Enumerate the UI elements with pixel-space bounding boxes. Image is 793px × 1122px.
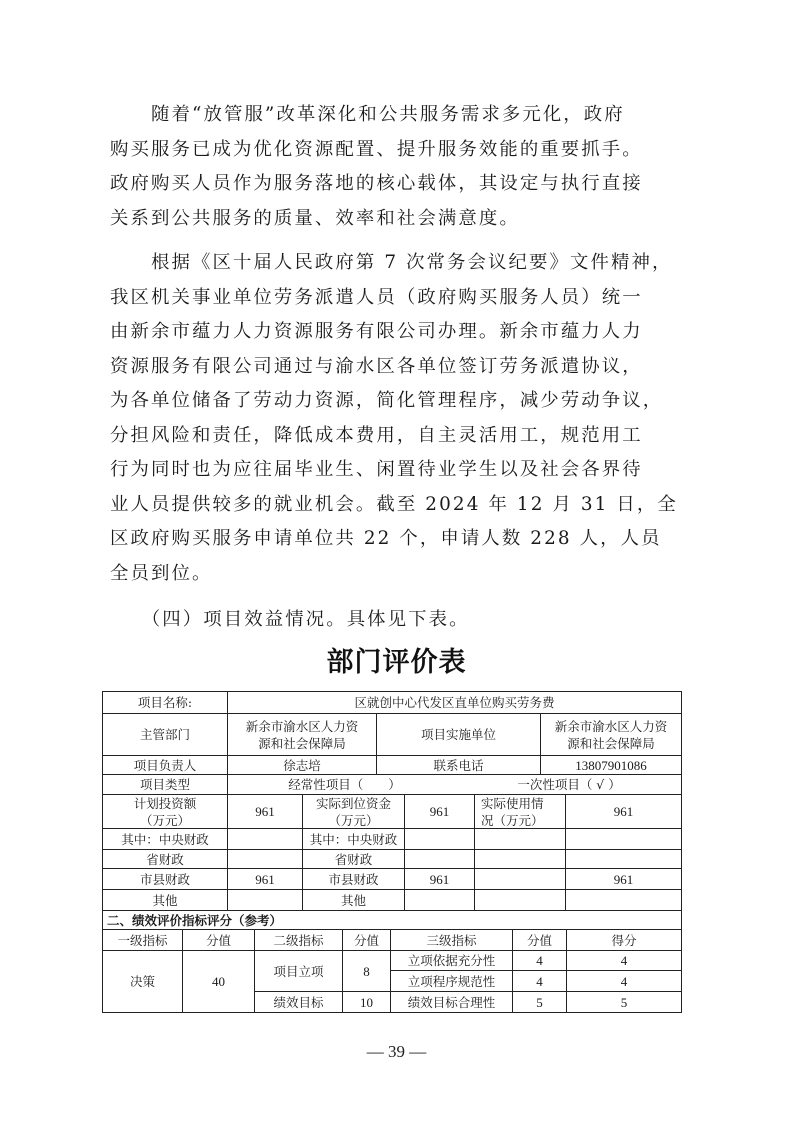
policy-paragraph: 根据《区十届人民政府第 7 次常务会议纪要》文件精神， 我区机关事业单位劳务派遣… bbox=[110, 246, 685, 591]
funding-source-label: 省财政 bbox=[102, 849, 228, 869]
funding-source-label: 其他 bbox=[302, 889, 405, 911]
funding-source-label: 市县财政 bbox=[302, 868, 405, 890]
intro-paragraph: 随着“放管服”改革深化和公共服务需求多元化，政府 购买服务已成为优化资源配置、提… bbox=[110, 98, 685, 236]
leader-value: 徐志培 bbox=[227, 755, 377, 775]
level3-got: 4 bbox=[566, 950, 682, 971]
indicator-header: 一级指标 bbox=[102, 929, 183, 951]
funding-blank bbox=[474, 889, 566, 911]
planned-value: 961 bbox=[227, 794, 303, 829]
level3-got: 5 bbox=[566, 991, 682, 1013]
indicator-header: 二级指标 bbox=[254, 929, 343, 951]
funding-used bbox=[565, 889, 682, 911]
funding-planned bbox=[227, 889, 303, 911]
text-line: 随着“放管服”改革深化和公共服务需求多元化，政府 bbox=[110, 98, 685, 133]
level3-score: 5 bbox=[512, 991, 567, 1013]
used-value: 961 bbox=[565, 794, 682, 829]
level2-score: 8 bbox=[342, 950, 391, 992]
funding-received bbox=[404, 849, 475, 869]
type-onetime: 一次性项目（ √ ） bbox=[517, 776, 620, 793]
text-line: 关系到公共服务的质量、效率和社会满意度。 bbox=[110, 202, 685, 237]
used-label-line: 实际使用情 bbox=[481, 795, 544, 812]
text-line: 区政府购买服务申请单位共 22 个，申请人数 228 人，人员 bbox=[110, 522, 685, 557]
project-name-value: 区就创中心代发区直单位购买劳务费 bbox=[227, 691, 682, 714]
level3-indicator: 立项依据充分性 bbox=[390, 950, 513, 971]
planned-label-line: （万元） bbox=[140, 812, 190, 829]
indicator-header: 分值 bbox=[512, 929, 567, 951]
supervisor-value-line: 源和社会保障局 bbox=[258, 735, 346, 752]
text-line: 政府购买人员作为服务落地的核心载体，其设定与执行直接 bbox=[110, 167, 685, 202]
text-line: 由新余市蕴力人力资源服务有限公司办理。新余市蕴力人力 bbox=[110, 315, 685, 350]
used-label-line: 况（万元） bbox=[481, 812, 544, 829]
funding-source-label: 省财政 bbox=[302, 849, 405, 869]
funding-planned bbox=[227, 828, 303, 850]
page-number: — 39 — bbox=[0, 1042, 793, 1062]
text-line: 分担风险和责任，降低成本费用，自主灵活用工，规范用工 bbox=[110, 419, 685, 454]
level2-indicator: 绩效目标 bbox=[254, 991, 343, 1013]
indicator-header: 得分 bbox=[566, 929, 682, 951]
funding-blank bbox=[474, 828, 566, 850]
received-value: 961 bbox=[404, 794, 475, 829]
project-name-label: 项目名称: bbox=[102, 691, 228, 714]
text-line: 根据《区十届人民政府第 7 次常务会议纪要》文件精神， bbox=[110, 246, 685, 281]
table-title: 部门评价表 bbox=[0, 640, 793, 679]
phone-value: 13807901086 bbox=[540, 755, 682, 775]
text-line: 业人员提供较多的就业机会。截至 2024 年 12 月 31 日，全 bbox=[110, 488, 685, 523]
planned-label-line: 计划投资额 bbox=[134, 795, 197, 812]
planned-label: 计划投资额 （万元） bbox=[102, 794, 228, 829]
level3-score: 4 bbox=[512, 970, 567, 992]
received-label-line: （万元） bbox=[328, 812, 378, 829]
funding-source-label: 其中：中央财政 bbox=[102, 828, 228, 850]
funding-source-label: 其中：中央财政 bbox=[302, 828, 405, 850]
funding-planned bbox=[227, 849, 303, 869]
funding-blank bbox=[474, 849, 566, 869]
type-label: 项目类型 bbox=[102, 774, 228, 795]
level2-score: 10 bbox=[342, 991, 391, 1013]
funding-source-label: 市县财政 bbox=[102, 868, 228, 890]
received-label: 实际到位资金 （万元） bbox=[302, 794, 405, 829]
text-line: 全员到位。 bbox=[110, 557, 685, 592]
text-line: 购买服务已成为优化资源配置、提升服务效能的重要抓手。 bbox=[110, 133, 685, 168]
funding-used bbox=[565, 849, 682, 869]
type-options: 经常性项目（ ） 一次性项目（ √ ） bbox=[227, 774, 682, 795]
section2-title: 二、绩效评价指标评分（参考） bbox=[102, 910, 682, 930]
funding-used: 961 bbox=[565, 868, 682, 890]
text-line: 行为同时也为应往届毕业生、闲置待业学生以及社会各界待 bbox=[110, 453, 685, 488]
indicator-header: 分值 bbox=[342, 929, 391, 951]
funding-source-label: 其他 bbox=[102, 889, 228, 911]
implementer-label: 项目实施单位 bbox=[376, 713, 541, 756]
level3-score: 4 bbox=[512, 950, 567, 971]
funding-received bbox=[404, 828, 475, 850]
funding-blank bbox=[474, 868, 566, 890]
funding-used bbox=[565, 828, 682, 850]
text-line: （四）项目效益情况。具体见下表。 bbox=[110, 603, 685, 638]
level3-got: 4 bbox=[566, 970, 682, 992]
phone-label: 联系电话 bbox=[376, 755, 541, 775]
level1-score: 40 bbox=[182, 950, 255, 1013]
level3-indicator: 绩效目标合理性 bbox=[390, 991, 513, 1013]
leader-label: 项目负责人 bbox=[102, 755, 228, 775]
funding-received: 961 bbox=[404, 868, 475, 890]
level3-indicator: 立项程序规范性 bbox=[390, 970, 513, 992]
type-regular: 经常性项目（ ） bbox=[288, 776, 401, 793]
section-heading-benefits: （四）项目效益情况。具体见下表。 bbox=[110, 603, 685, 638]
level2-indicator: 项目立项 bbox=[254, 950, 343, 992]
level1-indicator: 决策 bbox=[102, 950, 183, 1013]
funding-planned: 961 bbox=[227, 868, 303, 890]
implementer-value-line: 源和社会保障局 bbox=[567, 735, 655, 752]
supervisor-value: 新余市渝水区人力资 源和社会保障局 bbox=[227, 713, 377, 756]
implementer-value: 新余市渝水区人力资 源和社会保障局 bbox=[540, 713, 682, 756]
received-label-line: 实际到位资金 bbox=[316, 795, 391, 812]
text-line: 为各单位储备了劳动力资源，简化管理程序，减少劳动争议， bbox=[110, 384, 685, 419]
indicator-header: 三级指标 bbox=[390, 929, 513, 951]
supervisor-value-line: 新余市渝水区人力资 bbox=[246, 718, 359, 735]
used-label: 实际使用情 况（万元） bbox=[474, 794, 566, 829]
implementer-value-line: 新余市渝水区人力资 bbox=[555, 718, 668, 735]
indicator-header: 分值 bbox=[182, 929, 255, 951]
text-line: 资源服务有限公司通过与渝水区各单位签订劳务派遣协议， bbox=[110, 350, 685, 385]
supervisor-label: 主管部门 bbox=[102, 713, 228, 756]
text-line: 我区机关事业单位劳务派遣人员（政府购买服务人员）统一 bbox=[110, 281, 685, 316]
funding-received bbox=[404, 889, 475, 911]
